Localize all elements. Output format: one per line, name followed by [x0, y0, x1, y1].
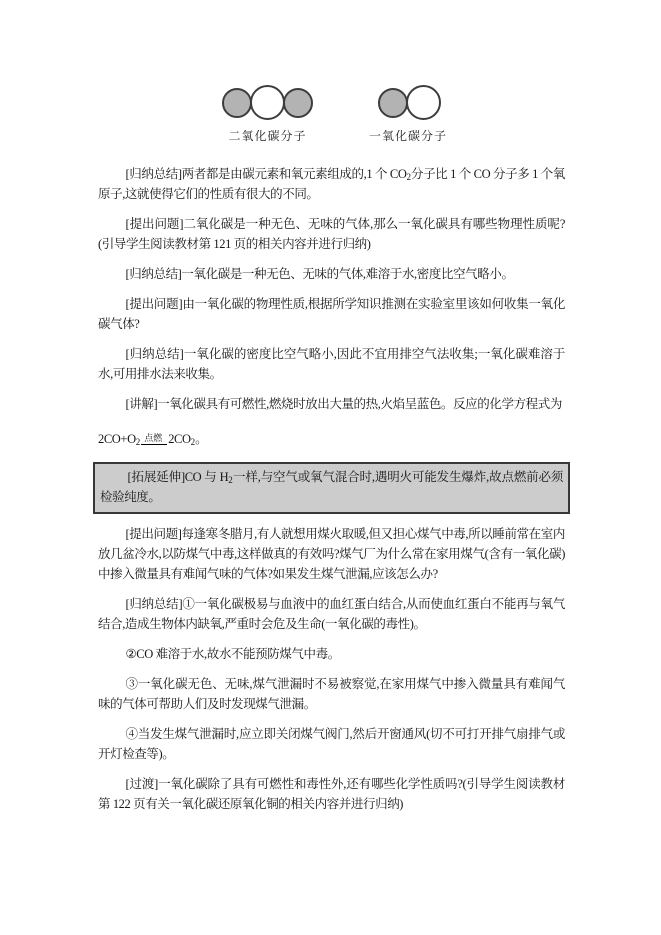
ignition-condition-label: 点燃 [141, 433, 167, 444]
para-summary-physical-properties: [归纳总结]一氧化碳是一种无色、无味的气体,难溶于水,密度比空气略小。 [98, 264, 565, 284]
para-summary-composition: [归纳总结]两者都是由碳元素和氧元素组成的,1 个 CO2分子比 1 个 CO … [98, 164, 565, 204]
extension-note-box: [拓展延伸]CO 与 H2一样,与空气或氧气混合时,遇明火可能发生爆炸,故点燃前… [93, 462, 570, 514]
para-summary-water-insoluble: ②CO 难溶于水,故水不能预防煤气中毒。 [98, 644, 565, 664]
co-molecule-label: 一氧化碳分子 [369, 127, 447, 144]
para-summary-toxicity: [归纳总结]①一氧化碳极易与血液中的血红蛋白结合,从而使血红蛋白不能再与氧气结合… [98, 594, 565, 634]
para-question-gas-poisoning: [提出问题]每逢寒冬腊月,有人就想用煤火取暖,但又担心煤气中毒,所以睡前常在室内… [98, 524, 565, 584]
para-extension-note: [拓展延伸]CO 与 H2一样,与空气或氧气混合时,遇明火可能发生爆炸,故点燃前… [100, 467, 563, 507]
co-atoms [378, 85, 439, 120]
para-transition-chemical-properties: [过渡]一氧化碳除了具有可燃性和毒性外,还有哪些化学性质吗?(引导学生阅读教材第… [98, 774, 565, 814]
para-summary-leak-response: ④当发生煤气泄漏时,应立即关闭煤气阀门,然后开窗通风(切不可打开排气扇排气或开灯… [98, 724, 565, 764]
subscript: 2 [136, 437, 141, 447]
document-page: 二氧化碳分子 一氧化碳分子 [归纳总结]两者都是由碳元素和氧元素组成的,1 个 … [0, 0, 661, 935]
co2-atoms [222, 85, 313, 120]
oxygen-atom-icon [283, 88, 313, 118]
co2-molecule-diagram: 二氧化碳分子 [222, 85, 313, 144]
lesson-text: [归纳总结]两者都是由碳元素和氧元素组成的,1 个 CO2分子比 1 个 CO … [98, 164, 565, 814]
carbon-atom-icon [250, 85, 285, 120]
co2-molecule-label: 二氧化碳分子 [228, 127, 306, 144]
equation-period: 。 [195, 432, 207, 446]
co-molecule-diagram: 一氧化碳分子 [369, 85, 447, 144]
reaction-condition-line: 点燃 [141, 433, 167, 445]
para-summary-odor-additive: ③一氧化碳无色、无味,煤气泄漏时不易被察觉,在家用煤气中掺入微量具有难闻气味的气… [98, 674, 565, 714]
text-segment: [拓展延伸]CO 与 H [128, 470, 229, 484]
para-explain-combustibility: [讲解]一氧化碳具有可燃性,燃烧时放出大量的热,火焰呈蓝色。反应的化学方程式为 [98, 394, 565, 414]
oxygen-atom-icon [222, 88, 252, 118]
equation-rhs: 2CO [168, 432, 190, 446]
equation-lhs: 2CO+O [98, 432, 136, 446]
carbon-atom-icon [406, 85, 441, 120]
molecule-figure: 二氧化碳分子 一氧化碳分子 [0, 0, 661, 144]
para-question-physical-properties: [提出问题]二氧化碳是一种无色、无味的气体,那么一氧化碳具有哪些物理性质呢?(引… [98, 214, 565, 254]
text-segment: [归纳总结]两者都是由碳元素和氧元素组成的,1 个 CO [126, 167, 407, 181]
chemical-equation: 2CO+O2点燃2CO2。 [98, 426, 565, 452]
para-question-collection: [提出问题]由一氧化碳的物理性质,根据所学知识推测在实验室里该如何收集一氧化碳气… [98, 294, 565, 334]
oxygen-atom-icon [378, 88, 408, 118]
para-summary-collection: [归纳总结]一氧化碳的密度比空气略小,因此不宜用排空气法收集;一氧化碳难溶于水,… [98, 344, 565, 384]
